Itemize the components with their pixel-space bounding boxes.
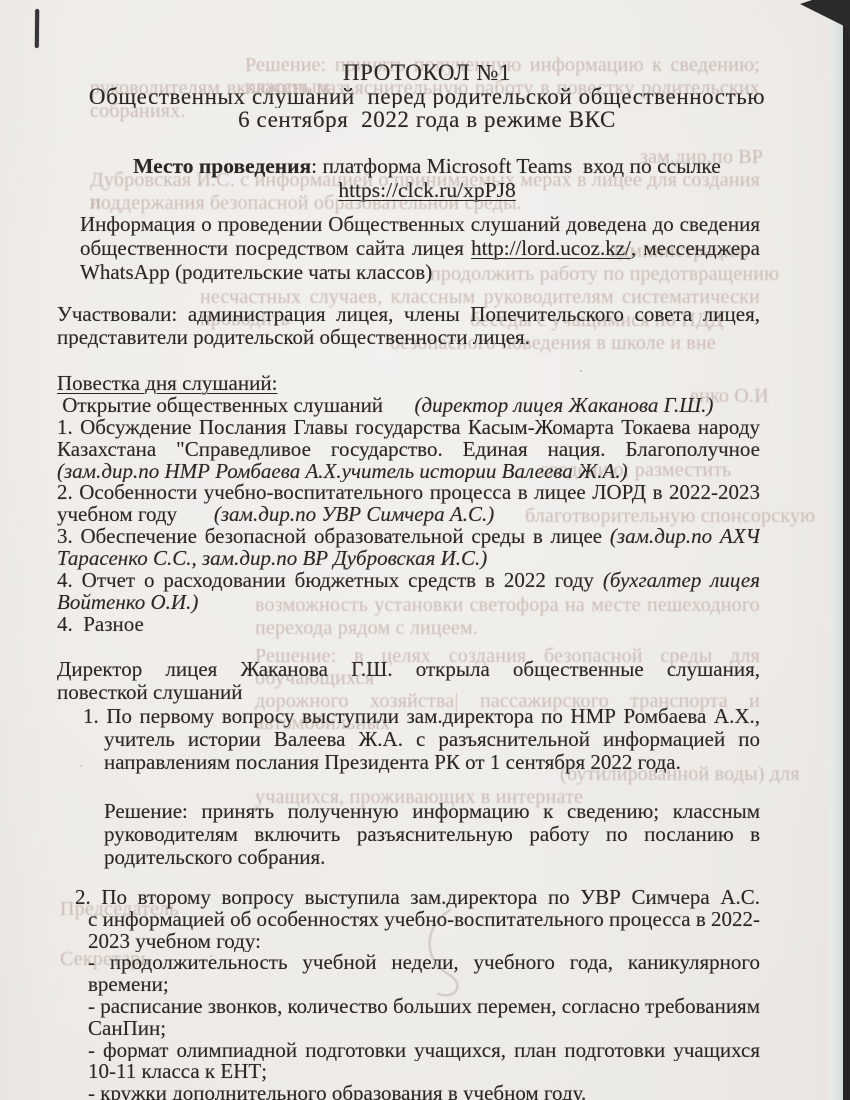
participants-paragraph: Участвовали: администрация лицея, члены … (57, 303, 760, 348)
text-line: учитель истории Валеева Ж.А. с разъяснит… (83, 728, 760, 751)
text-line: 1. По первому вопросу выступили зам.дире… (83, 705, 760, 728)
question1-item: 1. По первому вопросу выступили зам.дире… (83, 705, 760, 775)
text-segment: СанПин; (88, 1018, 166, 1040)
text-segment: - продолжительность учебной недели, учеб… (88, 952, 760, 974)
text-line: 1. Обсуждение Послания Главы государства… (57, 417, 760, 439)
text-line: Место проведения: платформа Microsoft Te… (60, 154, 794, 178)
text-line: представители родительской общественност… (57, 326, 760, 349)
text-line: - формат олимпиадной подготовки учащихся… (75, 1040, 760, 1062)
text-line: Тарасенко С.С., зам.дир.по ВР Дубровская… (57, 548, 760, 570)
text-segment: 1. По первому вопросу выступили зам.дире… (83, 705, 760, 728)
agenda-list: Повестка дня слушаний: Открытие обществе… (57, 373, 760, 636)
text-line: https://clck.ru/xpPJ8 (60, 178, 794, 202)
text-line: - продолжительность учебной недели, учеб… (75, 952, 760, 974)
text-segment: 6 сентября 2022 года в режиме ВКС (238, 108, 616, 132)
text-segment: 10-11 класса к ЕНТ; (88, 1061, 267, 1083)
url-text: http://lord.ucoz.kz/ (471, 236, 631, 260)
text-segment: направлениям послания Президента РК от 1… (104, 751, 681, 774)
text-line: 3. Обеспечение безопасной образовательно… (57, 526, 760, 548)
text-line: общественности посредством сайта лицея h… (80, 236, 760, 260)
text-segment: (зам.дир.по АХЧ (610, 526, 760, 548)
text-segment: 3. Обеспечение безопасной образовательно… (57, 526, 610, 548)
text-line: с информацией об особенностях учебно-вос… (75, 909, 760, 931)
text-segment: 2. По второму вопросу выступила зам.дире… (75, 887, 760, 909)
text-segment: 4. Отчет о расходовании бюджетных средст… (57, 570, 603, 592)
text-segment (383, 395, 415, 417)
text-line: Общественных слушаний перед родительской… (60, 85, 794, 109)
announcement-paragraph: Информация о проведении Общественных слу… (80, 212, 760, 284)
text-line: 4. Разное (57, 614, 760, 636)
text-line: 2023 учебном году: (75, 931, 760, 953)
text-line: 6 сентября 2022 года в режиме ВКС (60, 108, 794, 132)
text-segment: - формат олимпиадной подготовки учащихся… (88, 1040, 760, 1062)
text-line: Войтенко О.И.) (57, 592, 760, 614)
text-segment: с информацией об особенностях учебно-вос… (88, 909, 760, 931)
text-segment: руководителям включить разъяснительную р… (104, 823, 760, 846)
question2-item: 2. По второму вопросу выступила зам.дире… (75, 887, 760, 1100)
text-segment: Информация о проведении Общественных слу… (80, 212, 760, 236)
text-line: 4. Отчет о расходовании бюджетных средст… (57, 570, 760, 592)
text-segment: 1. Обсуждение Послания Главы государства… (57, 417, 760, 439)
text-segment: (зам.дир.по УВР Симчера А.С.) (214, 504, 494, 526)
text-segment (177, 504, 214, 526)
text-segment: (бухгалтер лицея (603, 570, 760, 592)
text-line: ПРОТОКОЛ №1 (60, 61, 794, 85)
text-line: руководителям включить разъяснительную р… (104, 823, 760, 846)
text-segment: повесткой слушаний (57, 681, 243, 704)
text-segment: , мессенджера (631, 236, 760, 260)
text-segment: 2023 учебном году: (88, 931, 261, 953)
text-line: - расписание звонков, количество больших… (75, 996, 760, 1018)
text-segment: Общественных слушаний перед родительской… (89, 85, 765, 109)
text-segment: Открытие общественных слушаний (57, 395, 383, 417)
resolution1-paragraph: Решение: принять полученную информацию к… (104, 800, 760, 870)
text-line: (зам.дир.по НМР Ромбаева А.Х.учитель ист… (57, 461, 760, 483)
text-line: 2. По второму вопросу выступила зам.дире… (75, 887, 760, 909)
text-segment: 4. Разное (57, 614, 144, 636)
text-segment: представители родительской общественност… (57, 326, 530, 349)
text-segment: Войтенко О.И.) (57, 592, 198, 614)
text-line: родительского собрания. (104, 846, 760, 869)
text-segment: - расписание звонков, количество больших… (88, 996, 760, 1018)
text-line: направлениям послания Президента РК от 1… (83, 751, 760, 774)
text-line: Информация о проведении Общественных слу… (80, 212, 760, 236)
text-segment: Место проведения (133, 154, 311, 178)
text-segment: WhatsApp (родительские чаты классов) (80, 260, 432, 284)
text-line: Участвовали: администрация лицея, члены … (57, 303, 760, 326)
text-segment: общественности посредством сайта лицея (80, 236, 471, 260)
text-line: повесткой слушаний (57, 681, 760, 704)
opening-paragraph: Директор лицея Жаканова Г.Ш. открыла общ… (57, 658, 760, 704)
text-line: СанПин; (75, 1018, 760, 1040)
text-line: Казахстана "Справедливое государство. Ед… (57, 439, 760, 461)
text-line: Решение: принять полученную информацию к… (104, 800, 760, 823)
url-text: https://clck.ru/xpPJ8 (338, 178, 515, 202)
text-line: учебном году (зам.дир.по УВР Симчера А.С… (57, 504, 760, 526)
title-block: ПРОТОКОЛ №1Общественных слушаний перед р… (60, 61, 794, 132)
scanned-page: Решение: принять полученную информацию к… (0, 0, 850, 1100)
text-segment: (директор лицея Жаканова Г.Ш.) (415, 395, 714, 417)
text-segment: - кружки дополнительного образования в у… (88, 1083, 586, 1100)
text-line: WhatsApp (родительские чаты классов) (80, 260, 760, 284)
text-segment: Казахстана "Справедливое государство. Ед… (57, 439, 760, 461)
text-segment: Тарасенко С.С., зам.дир.по ВР Дубровская… (57, 548, 487, 570)
text-segment: ПРОТОКОЛ №1 (343, 61, 511, 85)
text-line: времени; (75, 974, 760, 996)
text-line: Директор лицея Жаканова Г.Ш. открыла общ… (57, 658, 760, 681)
text-line: 2. Особенности учебно-воспитательного пр… (57, 482, 760, 504)
text-line: Повестка дня слушаний: (57, 373, 760, 395)
venue-block: Место проведения: платформа Microsoft Te… (60, 154, 794, 202)
text-line: - кружки дополнительного образования в у… (75, 1083, 760, 1100)
text-segment: Повестка дня слушаний: (57, 373, 277, 395)
text-segment: : платформа Microsoft Teams вход по ссыл… (311, 154, 721, 178)
text-segment: Участвовали: администрация лицея, члены … (57, 303, 760, 326)
text-segment: Решение: принять полученную информацию к… (104, 800, 760, 823)
text-segment: учитель истории Валеева Ж.А. с разъяснит… (104, 728, 760, 751)
text-segment: 2. Особенности учебно-воспитательного пр… (57, 482, 760, 504)
text-line: Открытие общественных слушаний (директор… (57, 395, 760, 417)
text-segment: учебном году (57, 504, 177, 526)
text-segment: (зам.дир.по НМР Ромбаева А.Х.учитель ист… (57, 461, 628, 483)
text-segment: родительского собрания. (104, 846, 325, 869)
text-line: 10-11 класса к ЕНТ; (75, 1061, 760, 1083)
text-segment: времени; (88, 974, 169, 996)
text-segment: Директор лицея Жаканова Г.Ш. открыла общ… (57, 658, 760, 681)
